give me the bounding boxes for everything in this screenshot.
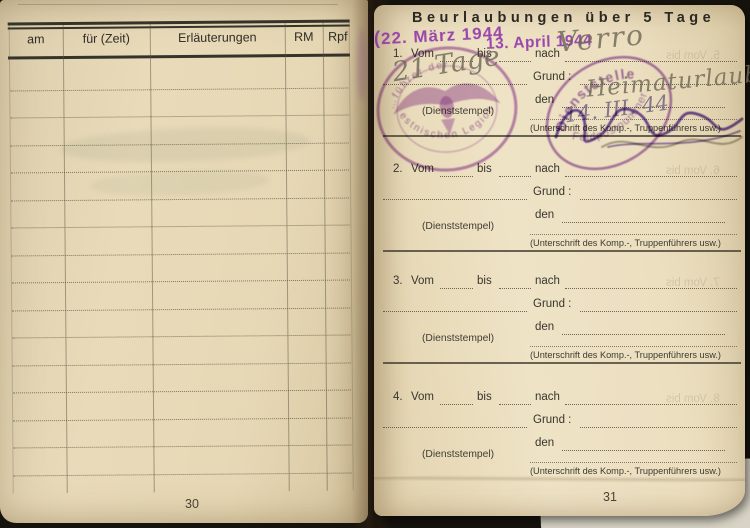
fill-in-line [440,176,473,177]
bleed-through-text: 5. Vom bis [666,50,720,62]
table-row [11,198,349,202]
table-row [13,390,351,394]
expenses-table: am für (Zeit) Erläuterungen RM Rpf [0,0,372,525]
label-nach: nach [535,275,560,287]
table-row [13,418,351,422]
column-header-am: am [9,32,63,46]
page-number-right: 31 [588,490,632,504]
label-unterschrift: (Unterschrift des Komp.-, Truppenführers… [530,238,721,248]
label-grund: Grund : [533,414,571,426]
bleed-through-text: 6. Vom bis [666,165,720,177]
table-rule [8,25,350,30]
label-unterschrift: (Unterschrift des Komp.-, Truppenführers… [530,466,721,476]
fill-in-line [499,288,531,289]
fill-in-line [499,176,531,177]
entry-number: 4. [393,391,403,403]
table-row [12,335,350,339]
column-header-rpf: Rpf [323,29,353,43]
label-den: den [535,209,554,221]
label-nach: nach [535,163,560,175]
label-unterschrift: (Unterschrift des Komp.-, Truppenführers… [530,350,721,360]
page-number-left: 30 [170,497,214,511]
column-line [9,25,14,493]
fill-in-line [562,450,725,451]
label-den: den [535,321,554,333]
fill-in-line [580,427,737,428]
table-row [12,308,350,312]
fill-in-line [530,346,737,347]
table-row [14,473,352,477]
fill-in-line [383,427,527,428]
fill-in-line [383,311,527,312]
fill-in-line [580,311,737,312]
table-row [12,253,350,257]
column-line [63,25,68,493]
table-row [13,363,351,367]
column-header-rm: RM [285,30,323,44]
countersignature-scribble [598,127,746,159]
label-vom: Vom [411,391,434,403]
fill-in-line [440,404,473,405]
label-vom: Vom [411,275,434,287]
column-header-fuer-zeit: für (Zeit) [63,31,150,46]
table-row [11,225,349,229]
label-bis: bis [477,275,492,287]
label-dienststempel: (Dienststempel) [422,221,494,232]
table-row [10,88,348,92]
table-row [10,115,348,119]
date-stamp-bracket: ( [374,28,380,49]
bleed-through-text: 8. Vom bis [666,393,720,405]
fill-in-line [562,222,725,223]
column-line [323,23,328,491]
column-header-erlaeuterungen: Erläuterungen [150,30,285,45]
left-page: am für (Zeit) Erläuterungen RM Rpf [0,0,368,523]
table-row [12,280,350,284]
label-grund: Grund : [533,186,571,198]
fill-in-line [383,199,527,200]
right-page: Beurlaubungen über 5 Tage ( 22. März 194… [374,5,745,516]
fill-in-line [530,462,737,463]
label-bis: bis [477,391,492,403]
entry-separator [383,362,741,364]
table-row [13,445,351,449]
label-dienststempel: (Dienststempel) [422,333,494,344]
label-den: den [535,437,554,449]
fill-in-line [499,404,531,405]
fill-in-line [440,288,473,289]
label-grund: Grund : [533,298,571,310]
column-line [150,24,155,492]
photo-background: am für (Zeit) Erläuterungen RM Rpf [0,0,750,528]
entry-number: 3. [393,275,403,287]
fill-in-line [530,234,737,235]
table-rule [8,54,350,60]
column-line [285,23,290,491]
fill-in-line [562,334,725,335]
label-nach: nach [535,391,560,403]
entry-separator [383,250,741,252]
bleed-through-text: 7. Vom bis [666,277,720,289]
page-title: Beurlaubungen über 5 Tage [412,10,714,26]
label-dienststempel: (Dienststempel) [422,449,494,460]
label-nach: nach [535,48,560,60]
fill-in-line [580,199,737,200]
